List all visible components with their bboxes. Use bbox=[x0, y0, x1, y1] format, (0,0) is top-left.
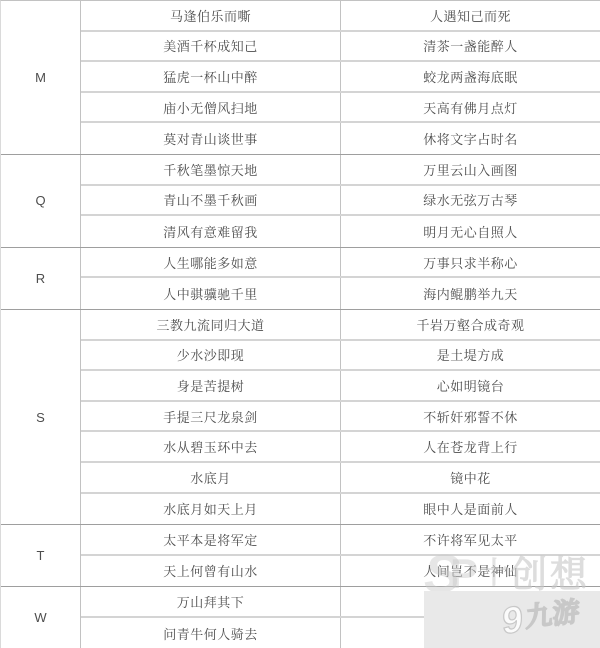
couplet-second-line: 心如明镜台 bbox=[341, 371, 600, 400]
table-row: 美酒千杯成知己清茶一盏能醉人 bbox=[81, 32, 600, 63]
couplet-second-line: 万事只求半称心 bbox=[341, 248, 600, 277]
table-row: 身是苦提树心如明镜台 bbox=[81, 371, 600, 402]
couplet-second-line: 天高有佛月点灯 bbox=[341, 93, 600, 122]
couplet-second-line: 人在苍龙背上行 bbox=[341, 432, 600, 461]
table-row: 水底月镜中花 bbox=[81, 463, 600, 494]
couplet-first-line: 三教九流同归大道 bbox=[81, 310, 341, 339]
couplet-first-line: 猛虎一杯山中醉 bbox=[81, 62, 341, 91]
table-row: 水从碧玉环中去人在苍龙背上行 bbox=[81, 432, 600, 463]
couplet-first-line: 庙小无僧风扫地 bbox=[81, 93, 341, 122]
table-row: 太平本是将军定不许将军见太平 bbox=[81, 525, 600, 556]
couplet-first-line: 水底月如天上月 bbox=[81, 494, 341, 525]
table-section: M马逢伯乐而嘶人遇知己而死美酒千杯成知己清茶一盏能醉人猛虎一杯山中醉蛟龙两盏海底… bbox=[1, 1, 600, 155]
table-row: 手提三尺龙泉剑不斩奸邪誓不休 bbox=[81, 402, 600, 433]
couplet-first-line: 清风有意难留我 bbox=[81, 216, 341, 247]
couplet-second-line: 不斩奸邪誓不休 bbox=[341, 402, 600, 431]
table-row: 庙小无僧风扫地天高有佛月点灯 bbox=[81, 93, 600, 124]
couplet-first-line: 人生哪能多如意 bbox=[81, 248, 341, 277]
section-letter: M bbox=[1, 1, 81, 154]
section-letter: W bbox=[1, 587, 81, 648]
table-row: 人中骐骥驰千里海内鲲鹏举九天 bbox=[81, 278, 600, 309]
couplet-first-line: 美酒千杯成知己 bbox=[81, 32, 341, 61]
couplet-first-line: 水从碧玉环中去 bbox=[81, 432, 341, 461]
section-letter: Q bbox=[1, 155, 81, 247]
section-letter: T bbox=[1, 525, 81, 586]
table-row: 青山不墨千秋画绿水无弦万古琴 bbox=[81, 186, 600, 217]
table-row: 猛虎一杯山中醉蛟龙两盏海底眠 bbox=[81, 62, 600, 93]
section-letter: S bbox=[1, 310, 81, 524]
couplet-first-line: 千秋笔墨惊天地 bbox=[81, 155, 341, 184]
couplet-first-line: 手提三尺龙泉剑 bbox=[81, 402, 341, 431]
couplet-first-line: 万山拜其下 bbox=[81, 587, 341, 616]
section-letter: R bbox=[1, 248, 81, 309]
table-row: 天上何曾有山水人间岂不是神仙 bbox=[81, 556, 600, 587]
couplet-first-line: 问青牛何人骑去 bbox=[81, 618, 341, 648]
table-row: 万山拜其下 bbox=[81, 587, 600, 618]
couplet-second-line: 清茶一盏能醉人 bbox=[341, 32, 600, 61]
couplet-second-line: 万里云山入画图 bbox=[341, 155, 600, 184]
couplet-second-line: 人遇知己而死 bbox=[341, 1, 600, 30]
couplet-second-line: 休将文字占时名 bbox=[341, 123, 600, 154]
table-section: Q千秋笔墨惊天地万里云山入画图青山不墨千秋画绿水无弦万古琴清风有意难留我明月无心… bbox=[1, 155, 600, 248]
couplet-second-line: 人间岂不是神仙 bbox=[341, 556, 600, 587]
couplet-first-line: 天上何曾有山水 bbox=[81, 556, 341, 587]
couplet-second-line: 千岩万壑合成奇观 bbox=[341, 310, 600, 339]
table-row: 千秋笔墨惊天地万里云山入画图 bbox=[81, 155, 600, 186]
couplet-first-line: 少水沙即现 bbox=[81, 341, 341, 370]
table-row: 少水沙即现是土堤方成 bbox=[81, 341, 600, 372]
table-section: T太平本是将军定不许将军见太平天上何曾有山水人间岂不是神仙 bbox=[1, 525, 600, 587]
couplet-second-line: 不许将军见太平 bbox=[341, 525, 600, 554]
couplet-first-line: 人中骐骥驰千里 bbox=[81, 278, 341, 309]
couplet-second-line: 绿水无弦万古琴 bbox=[341, 186, 600, 215]
couplet-first-line: 水底月 bbox=[81, 463, 341, 492]
couplet-second-line: 是土堤方成 bbox=[341, 341, 600, 370]
table-section: R人生哪能多如意万事只求半称心人中骐骥驰千里海内鲲鹏举九天 bbox=[1, 248, 600, 310]
couplet-first-line: 青山不墨千秋画 bbox=[81, 186, 341, 215]
couplet-table: M马逢伯乐而嘶人遇知己而死美酒千杯成知己清茶一盏能醉人猛虎一杯山中醉蛟龙两盏海底… bbox=[0, 0, 600, 648]
table-row: 三教九流同归大道千岩万壑合成奇观 bbox=[81, 310, 600, 341]
table-section: W万山拜其下问青牛何人骑去 bbox=[1, 587, 600, 648]
couplet-first-line: 太平本是将军定 bbox=[81, 525, 341, 554]
table-row: 清风有意难留我明月无心自照人 bbox=[81, 216, 600, 247]
table-row: 水底月如天上月眼中人是面前人 bbox=[81, 494, 600, 525]
table-row: 人生哪能多如意万事只求半称心 bbox=[81, 248, 600, 279]
table-row: 马逢伯乐而嘶人遇知己而死 bbox=[81, 1, 600, 32]
couplet-second-line: 镜中花 bbox=[341, 463, 600, 492]
table-row: 莫对青山谈世事休将文字占时名 bbox=[81, 123, 600, 154]
couplet-first-line: 莫对青山谈世事 bbox=[81, 123, 341, 154]
page: M马逢伯乐而嘶人遇知己而死美酒千杯成知己清茶一盏能醉人猛虎一杯山中醉蛟龙两盏海底… bbox=[0, 0, 600, 648]
couplet-second-line bbox=[341, 587, 600, 616]
couplet-second-line: 蛟龙两盏海底眠 bbox=[341, 62, 600, 91]
couplet-first-line: 身是苦提树 bbox=[81, 371, 341, 400]
couplet-first-line: 马逢伯乐而嘶 bbox=[81, 1, 341, 30]
couplet-second-line: 明月无心自照人 bbox=[341, 216, 600, 247]
couplet-second-line: 海内鲲鹏举九天 bbox=[341, 278, 600, 309]
couplet-second-line: 眼中人是面前人 bbox=[341, 494, 600, 525]
table-row: 问青牛何人骑去 bbox=[81, 618, 600, 648]
table-section: S三教九流同归大道千岩万壑合成奇观少水沙即现是土堤方成身是苦提树心如明镜台手提三… bbox=[1, 310, 600, 525]
couplet-second-line bbox=[341, 618, 600, 648]
